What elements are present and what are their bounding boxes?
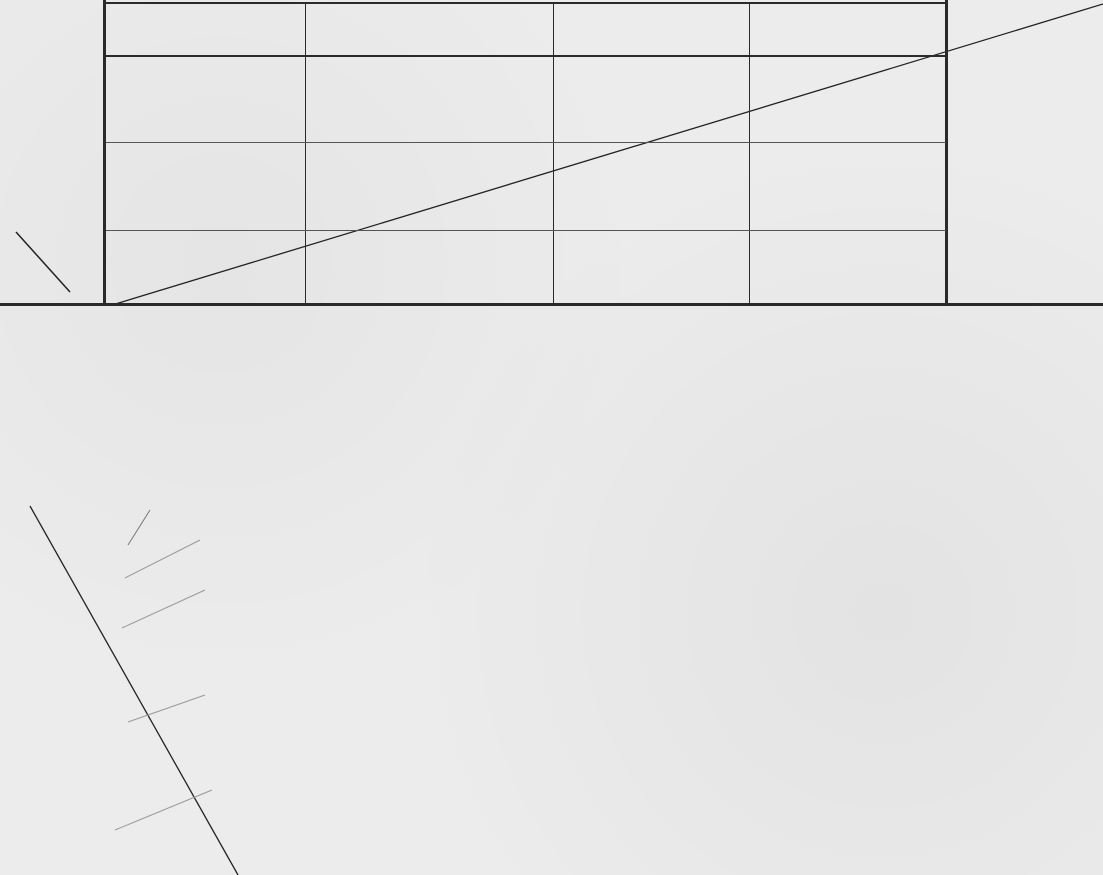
- owners-row-rule: [106, 142, 946, 143]
- kadaster-register-page: [0, 0, 1103, 875]
- owners-right-border: [945, 0, 948, 305]
- owners-header-rule: [106, 55, 946, 57]
- owners-top-border: [103, 2, 948, 4]
- owners-bottom-border: [0, 303, 1103, 306]
- owners-divider: [553, 4, 554, 304]
- pen-strokes-overlay: [0, 0, 1103, 875]
- owners-row-rule: [106, 230, 946, 231]
- owners-left-border: [103, 0, 106, 305]
- owners-divider: [749, 4, 750, 304]
- owners-divider: [305, 4, 306, 304]
